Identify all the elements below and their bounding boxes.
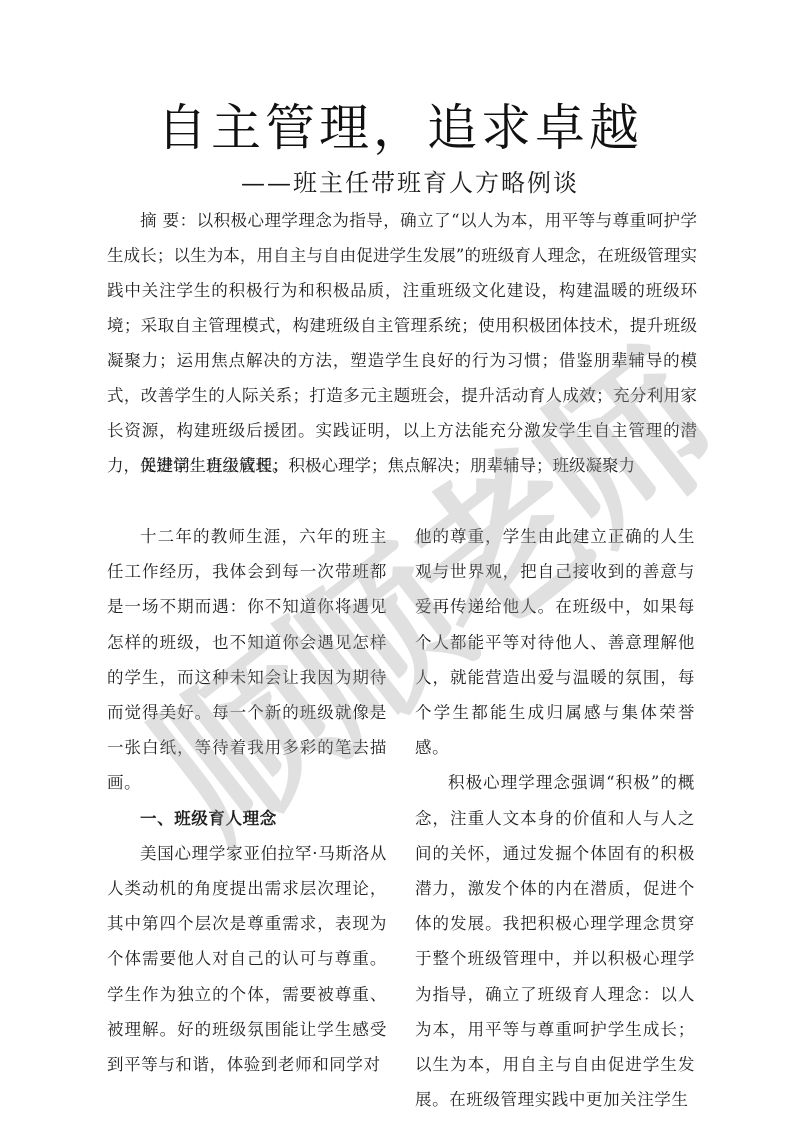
section-heading: 一、班级育人理念: [107, 801, 387, 836]
keywords: 关键词：班级管理；积极心理学；焦点解决；朋辈辅导；班级凝聚力: [107, 448, 697, 483]
abstract-text: 以积极心理学理念为指导，确立了“以人为本，用平等与尊重呵护学生成长；以生为本，用…: [107, 211, 697, 475]
abstract: 摘 要：以积极心理学理念为指导，确立了“以人为本，用平等与尊重呵护学生成长；以生…: [107, 203, 697, 483]
page-title: 自主管理，追求卓越: [0, 98, 800, 158]
positive-psychology-paragraph: 积极心理学理念强调“积极”的概念，注重人文本身的价值和人与人之间的关怀，通过发掘…: [415, 765, 695, 1117]
intro-paragraph: 十二年的教师生涯，六年的班主任工作经历，我体会到每一次带班都是一场不期而遇：你不…: [107, 519, 387, 801]
abstract-label: 摘 要：: [140, 211, 197, 230]
left-column: 十二年的教师生涯，六年的班主任工作经历，我体会到每一次带班都是一场不期而遇：你不…: [107, 519, 387, 1082]
keywords-label: 关键词：: [140, 456, 206, 475]
right-column: 他的尊重，学生由此建立正确的人生观与世界观，把自己接收到的善意与爱再传递给他人。…: [415, 519, 695, 1117]
page-subtitle: ——班主任带班育人方略例谈: [0, 166, 800, 200]
document-page: 自主管理，追求卓越 ——班主任带班育人方略例谈 摘 要：以积极心理学理念为指导，…: [0, 0, 800, 1132]
keywords-text: 班级管理；积极心理学；焦点解决；朋辈辅导；班级凝聚力: [206, 456, 635, 475]
continuation-paragraph: 他的尊重，学生由此建立正确的人生观与世界观，把自己接收到的善意与爱再传递给他人。…: [415, 519, 695, 765]
section-paragraph: 美国心理学家亚伯拉罕·马斯洛从人类动机的角度提出需求层次理论，其中第四个层次是尊…: [107, 836, 387, 1082]
